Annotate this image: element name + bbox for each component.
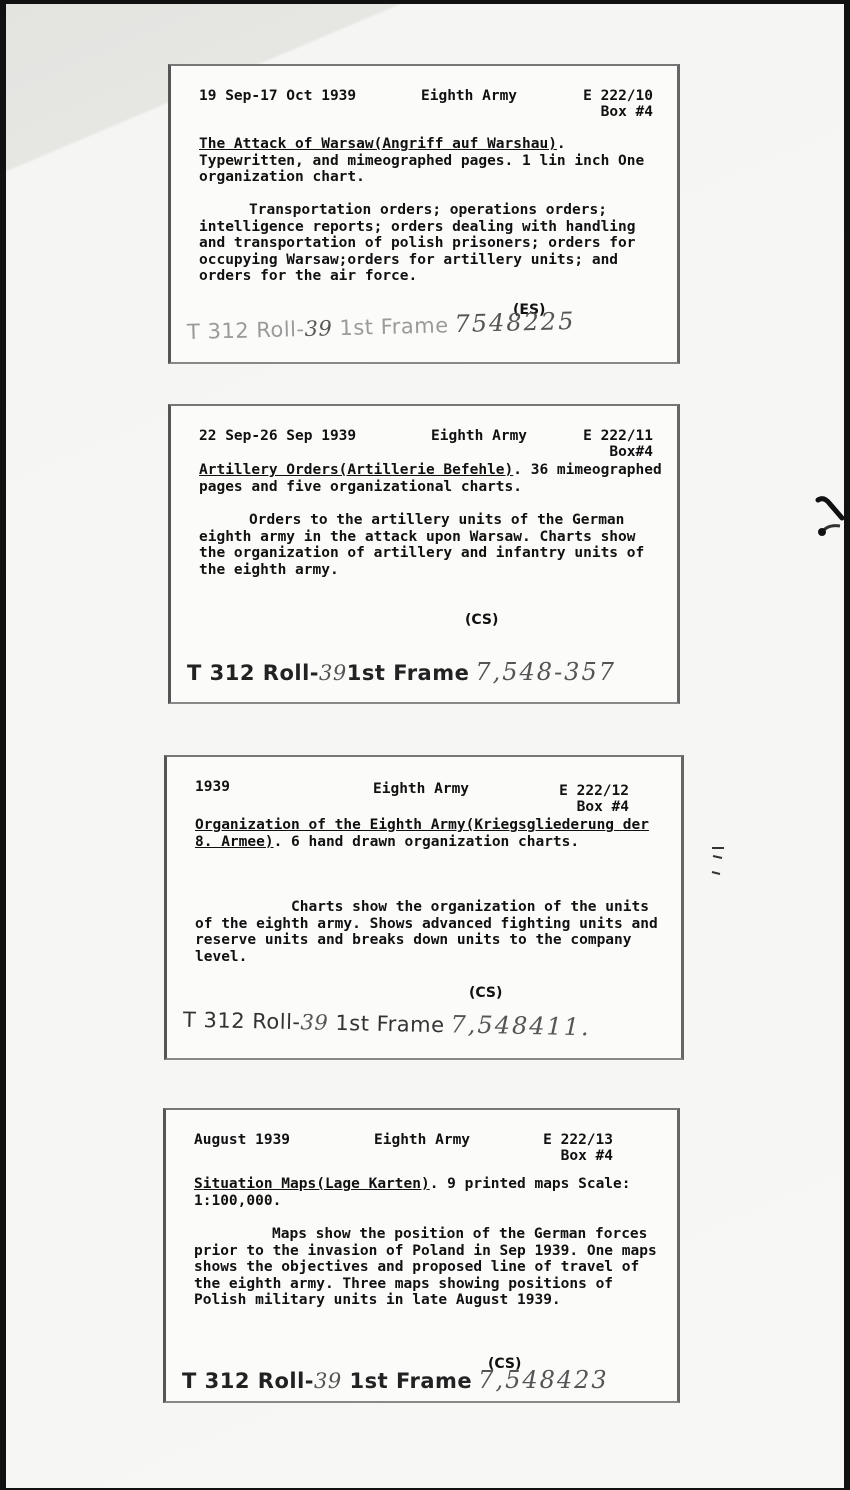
- catalog-card-2: 22 Sep-26 Sep 1939 Eighth Army E 222/11 …: [168, 404, 680, 704]
- card-unit: Eighth Army: [421, 88, 517, 105]
- stamp-suffix: 1st Frame: [328, 1011, 445, 1037]
- card-date: August 1939: [194, 1132, 290, 1149]
- microfilm-stamp: T 312 Roll-391st Frame7,548-357: [187, 664, 616, 682]
- card-unit: Eighth Army: [373, 781, 469, 798]
- frame-number: 7548225: [454, 307, 576, 338]
- box-number: Box #4: [543, 1148, 613, 1164]
- roll-number: 39: [304, 316, 332, 341]
- stamp-suffix: 1st Frame: [342, 1369, 472, 1393]
- card-body: Transportation orders; operations orders…: [199, 202, 669, 285]
- stamp-prefix: T 312 Roll-: [182, 1369, 314, 1393]
- frame-number: 7,548411.: [450, 1010, 591, 1041]
- catalog-card-1: 19 Sep-17 Oct 1939 Eighth Army E 222/10 …: [168, 64, 680, 364]
- microfilm-stamp: T 312 Roll-39 1st Frame7,548423: [182, 1372, 609, 1390]
- entry-number: E 222/10: [583, 88, 653, 104]
- card-description: Charts show the organization of the unit…: [195, 899, 673, 965]
- roll-number: 39: [314, 1369, 342, 1393]
- roll-number: 39: [300, 1010, 328, 1035]
- stamp-suffix: 1st Frame: [332, 313, 449, 340]
- box-number: Box #4: [583, 104, 653, 120]
- card-description: Transportation orders; operations orders…: [199, 202, 669, 285]
- card-initials: (CS): [469, 985, 502, 1002]
- microfilm-stamp: T 312 Roll-39 1st Frame7548225: [187, 313, 576, 341]
- card-description: Orders to the artillery units of the Ger…: [199, 512, 669, 578]
- card-body: Maps show the position of the German for…: [194, 1226, 669, 1309]
- card-reference: E 222/13 Box #4: [543, 1132, 613, 1164]
- card-date: 22 Sep-26 Sep 1939: [199, 428, 356, 445]
- card-body: Orders to the artillery units of the Ger…: [199, 512, 669, 578]
- roll-number: 39: [319, 661, 347, 685]
- card-header: August 1939 Eighth Army E 222/13 Box #4: [194, 1132, 653, 1172]
- entry-number: E 222/12: [559, 783, 629, 799]
- microfilm-stamp: T 312 Roll-39 1st Frame7,548411.: [183, 1011, 591, 1037]
- card-date: 19 Sep-17 Oct 1939: [199, 88, 356, 105]
- entry-number: E 222/13: [543, 1132, 613, 1148]
- card-title-underlined: Artillery Orders(Artillerie Befehle): [199, 462, 513, 478]
- stamp-prefix: T 312 Roll-: [183, 1008, 301, 1034]
- card-title: Situation Maps(Lage Karten). 9 printed m…: [194, 1176, 669, 1209]
- card-title-underlined: Situation Maps(Lage Karten): [194, 1176, 430, 1192]
- card-header: 19 Sep-17 Oct 1939 Eighth Army E 222/10 …: [199, 88, 653, 128]
- stamp-suffix: 1st Frame: [347, 661, 470, 685]
- stamp-prefix: T 312 Roll-: [187, 661, 319, 685]
- paper-clip-icon: [814, 496, 844, 542]
- card-title: Organization of the Eighth Army(Kriegsgl…: [195, 817, 673, 850]
- card-initials: (CS): [465, 612, 498, 629]
- card-title-description: . 6 hand drawn organization charts.: [274, 834, 580, 850]
- card-title: The Attack of Warsaw(Angriff auf Warshau…: [199, 136, 669, 186]
- card-reference: E 222/11 Box#4: [583, 428, 653, 460]
- card-title-underlined: The Attack of Warsaw(Angriff auf Warshau…: [199, 136, 557, 152]
- box-number: Box #4: [559, 799, 629, 815]
- entry-number: E 222/11: [583, 428, 653, 444]
- card-body: Charts show the organization of the unit…: [195, 899, 673, 965]
- card-unit: Eighth Army: [374, 1132, 470, 1149]
- catalog-card-4: August 1939 Eighth Army E 222/13 Box #4 …: [163, 1108, 680, 1403]
- stamp-prefix: T 312 Roll-: [187, 317, 305, 344]
- card-title: Artillery Orders(Artillerie Befehle). 36…: [199, 462, 669, 495]
- margin-mark-icon: [710, 844, 728, 878]
- box-number: Box#4: [583, 444, 653, 460]
- card-date: 1939: [195, 779, 230, 796]
- card-unit: Eighth Army: [431, 428, 527, 445]
- catalog-card-3: 1939 Eighth Army E 222/12 Box #4 Organiz…: [164, 755, 684, 1060]
- card-reference: E 222/12 Box #4: [559, 783, 629, 815]
- frame-number: 7,548-357: [475, 658, 616, 686]
- frame-number: 7,548423: [478, 1366, 609, 1394]
- card-description: Maps show the position of the German for…: [194, 1226, 669, 1309]
- card-header: 1939 Eighth Army E 222/12 Box #4: [195, 779, 657, 819]
- card-reference: E 222/10 Box #4: [583, 88, 653, 120]
